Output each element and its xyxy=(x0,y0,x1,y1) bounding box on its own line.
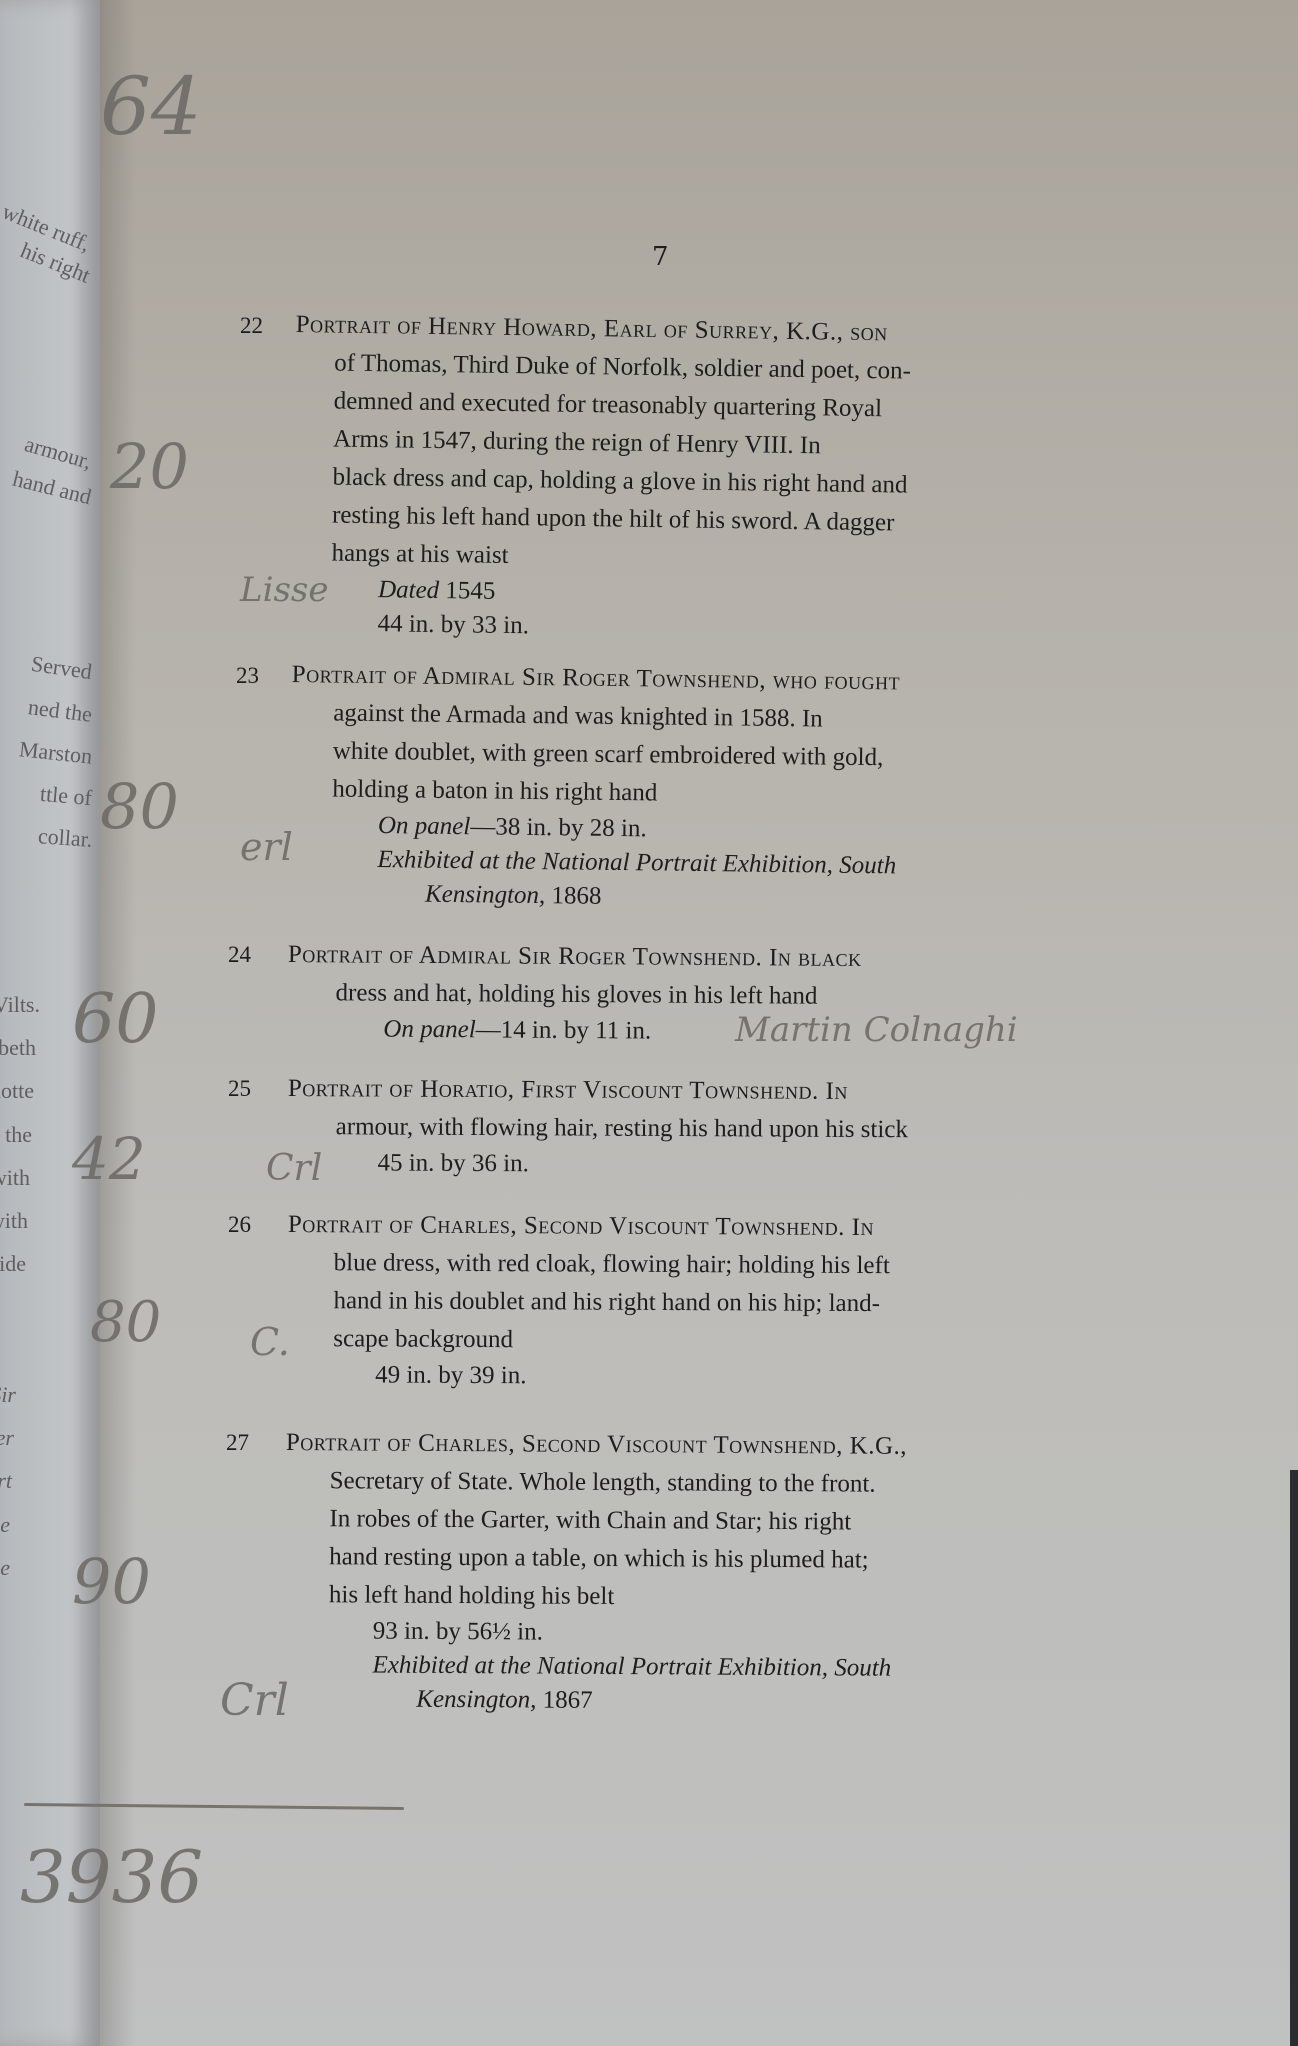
handwritten-buyer: Crl xyxy=(266,1148,322,1189)
facing-page-text: lotte xyxy=(0,1078,34,1104)
facing-page-text: er xyxy=(0,1425,14,1451)
page-edge-shadow xyxy=(1290,1470,1298,2046)
entry-description-line: armour, with flowing hair, resting his h… xyxy=(336,1108,1074,1150)
handwritten-lot-number: 64 xyxy=(100,60,202,153)
facing-page-text: the xyxy=(5,1122,32,1148)
handwritten-buyer: Lisse xyxy=(240,570,328,610)
facing-page-text: ttle of xyxy=(39,781,93,811)
handwritten-buyer: C. xyxy=(250,1320,290,1364)
facing-page-text: with xyxy=(0,1165,30,1191)
facing-page-text: armour, xyxy=(22,431,95,475)
handwritten-price: 60 xyxy=(72,980,159,1059)
facing-page-text: collar. xyxy=(37,823,93,853)
entry-number: 24 xyxy=(228,942,251,968)
handwritten-buyer: erl xyxy=(240,825,293,869)
facing-page-text: Marston xyxy=(18,736,94,770)
facing-page-text: e xyxy=(0,1512,10,1538)
facing-page-text: beth xyxy=(0,1035,36,1061)
entry-title: Portrait of Charles, Second Viscount Tow… xyxy=(288,1206,1074,1248)
entry-exhibition: Exhibited at the National Portrait Exhib… xyxy=(372,1649,1068,1687)
facing-page-text: e xyxy=(0,1555,10,1581)
page-number: 7 xyxy=(652,242,669,272)
entry-description-line: Secretary of State. Whole length, standi… xyxy=(330,1462,1070,1505)
handwritten-buyer: Martin Colnaghi xyxy=(735,1010,1018,1050)
entry-description-line: hand in his doublet and his right hand o… xyxy=(333,1282,1073,1324)
entry-description-line: hand resting upon a table, on which is h… xyxy=(329,1538,1069,1581)
facing-page-text: ide xyxy=(0,1251,26,1277)
handwritten-price: 80 xyxy=(100,770,179,843)
entry-title: Portrait of Admiral Sir Roger Townshend.… xyxy=(288,936,1070,979)
entry-exhibition-place: Kensington, 1867 xyxy=(372,1683,1068,1721)
facing-page-text: Vilts. xyxy=(0,992,40,1018)
facing-page-text: rt xyxy=(0,1468,12,1494)
entry-number: 22 xyxy=(240,313,263,339)
entry-title: Portrait of Horatio, First Viscount Town… xyxy=(288,1070,1074,1112)
entry-dimensions: 45 in. by 36 in. xyxy=(377,1146,1073,1184)
entry-number: 27 xyxy=(226,1430,249,1456)
entry-description-line: In robes of the Garter, with Chain and S… xyxy=(329,1500,1069,1543)
handwritten-price: 20 xyxy=(110,430,189,503)
entry-number: 25 xyxy=(228,1076,251,1102)
facing-page-text: with xyxy=(0,1208,28,1234)
handwritten-price: 90 xyxy=(72,1545,151,1618)
entry-dimensions: 93 in. by 56½ in. xyxy=(373,1615,1069,1653)
entry-exhibition-place: Kensington, 1868 xyxy=(377,877,1065,919)
entry-description-line: his left hand holding his belt xyxy=(329,1576,1069,1619)
entry-dimensions: 49 in. by 39 in. xyxy=(375,1358,1073,1396)
entry-description-line: scape background xyxy=(333,1320,1073,1362)
entry-description-line: blue dress, with red cloak, flowing hair… xyxy=(334,1244,1074,1286)
entry-number: 26 xyxy=(228,1212,251,1238)
handwritten-price: 42 xyxy=(72,1125,146,1193)
handwritten-price: 80 xyxy=(90,1290,161,1355)
facing-page-text: Served xyxy=(29,651,93,685)
handwritten-buyer: Crl xyxy=(220,1675,289,1726)
facing-page-text: Sir xyxy=(0,1382,16,1408)
entry-title: Portrait of Charles, Second Viscount Tow… xyxy=(286,1424,1070,1467)
entry-number: 23 xyxy=(236,663,259,689)
handwritten-total: 3936 xyxy=(20,1835,203,1919)
facing-page-text: ned the xyxy=(26,694,93,728)
